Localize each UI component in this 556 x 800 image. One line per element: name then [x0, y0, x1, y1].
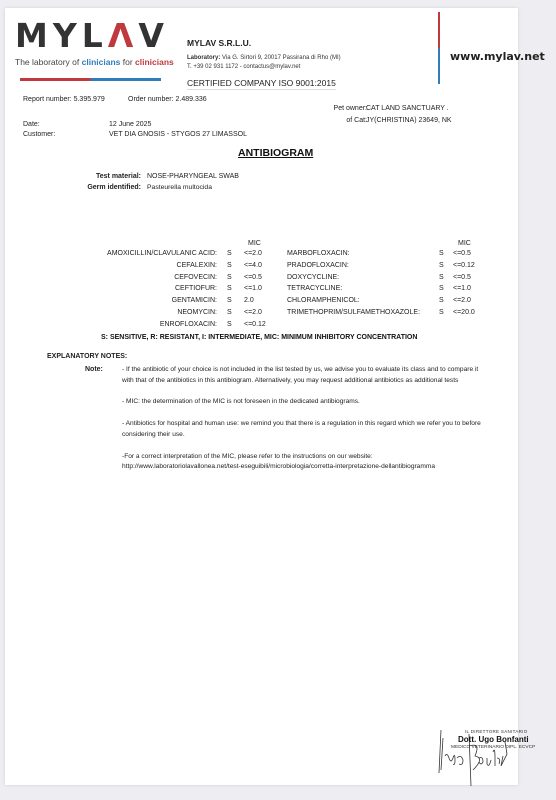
antibiotic-name: TRIMETHOPRIM/SULFAMETHOXAZOLE:: [287, 309, 420, 316]
mic-header-right: MIC: [458, 240, 471, 247]
mic-value: <=1.0: [244, 285, 262, 292]
susceptibility-result: S: [439, 285, 444, 292]
note-line-2: with that of the antibiotics in this ant…: [122, 377, 458, 384]
mic-value: <=1.0: [453, 285, 471, 292]
note-label: Note:: [85, 366, 103, 373]
company-contact: T. +39 02 931 1172 - contactus@mylav.net: [187, 64, 300, 70]
report-number: Report number: 5.395.979: [23, 96, 105, 103]
susceptibility-result: S: [227, 309, 232, 316]
susceptibility-result: S: [227, 297, 232, 304]
note-line-3: - MIC: the determination of the MIC is n…: [122, 398, 360, 405]
pet-owner-value: CAT LAND SANCTUARY .: [366, 105, 449, 112]
customer-label: Customer:: [23, 131, 55, 138]
order-number-label: Order number:: [128, 96, 174, 103]
pet-owner-label: Pet owner:: [305, 105, 367, 112]
website-link[interactable]: www.mylav.net: [450, 50, 545, 63]
order-number-value: 2.489.336: [175, 96, 206, 103]
note-line-6: -For a correct interpretation of the MIC…: [122, 453, 373, 460]
susceptibility-result: S: [227, 274, 232, 281]
company-address: Laboratory: Via G. Sirtori 9, 20017 Pass…: [187, 55, 341, 61]
susceptibility-result: S: [439, 309, 444, 316]
susceptibility-result: S: [439, 297, 444, 304]
note-line-1: - If the antibiotic of your choice is no…: [122, 366, 478, 373]
report-number-label: Report number:: [23, 96, 72, 103]
mic-value: <=0.5: [453, 274, 471, 281]
susceptibility-result: S: [227, 285, 232, 292]
address-label: Laboratory:: [187, 55, 220, 61]
tagline-clinicians-blue: clinicians: [82, 57, 121, 67]
antibiotic-name: CHLORAMPHENICOL:: [287, 297, 360, 304]
page-title: ANTIBIOGRAM: [238, 147, 313, 159]
test-material-value: NOSE-PHARYNGEAL SWAB: [147, 173, 239, 180]
antibiotic-name: TETRACYCLINE:: [287, 285, 342, 292]
mic-value: <=0.12: [244, 321, 266, 328]
signature-name: Dott. Ugo Bonfanti: [458, 735, 529, 744]
signature-title: IL DIRETTORE SANITARIO: [465, 729, 528, 734]
date-value: 12 June 2025: [109, 121, 151, 128]
date-label: Date:: [23, 121, 40, 128]
logo-color-bar: [20, 78, 161, 81]
website-instructions-link[interactable]: http://www.laboratoriolavallonea.net/tes…: [122, 463, 435, 470]
susceptibility-result: S: [227, 250, 232, 257]
antibiotic-name: GENTAMICIN:: [5, 297, 217, 304]
susceptibility-result: S: [439, 274, 444, 281]
mic-value: <=0.5: [244, 274, 262, 281]
mic-value: <=20.0: [453, 309, 475, 316]
test-material-label: Test material:: [65, 173, 141, 180]
order-number: Order number: 2.489.336: [128, 96, 207, 103]
signature-role: MEDICO VETERINARIO DIPL. ECVCP: [451, 745, 535, 750]
logo-text-myl: MYL: [15, 16, 108, 55]
report-page: MYLΛV ® The laboratory of clinicians for…: [5, 8, 518, 785]
antibiotic-name: PRADOFLOXACIN:: [287, 262, 349, 269]
mic-value: <=2.0: [244, 309, 262, 316]
susceptibility-result: S: [439, 262, 444, 269]
germ-identified-value: Pasteurella multocida: [147, 184, 212, 191]
susceptibility-result: S: [227, 262, 232, 269]
report-number-value: 5.395.979: [74, 96, 105, 103]
certification: CERTIFIED COMPANY ISO 9001:2015: [187, 78, 336, 90]
antibiotic-name: AMOXICILLIN/CLAVULANIC ACID:: [5, 250, 217, 257]
logo-tagline: The laboratory of clinicians for clinici…: [15, 57, 174, 67]
result-legend: S: SENSITIVE, R: RESISTANT, I: INTERMEDI…: [101, 334, 417, 341]
mylav-logo: MYLΛV: [15, 16, 169, 55]
susceptibility-result: S: [227, 321, 232, 328]
tagline-clinicians-red: clinicians: [135, 57, 174, 67]
germ-identified-label: Germ identified:: [45, 184, 141, 191]
antibiotic-name: ENROFLOXACIN:: [5, 321, 217, 328]
susceptibility-result: S: [439, 250, 444, 257]
mic-value: <=2.0: [453, 297, 471, 304]
note-line-5: considering their use.: [122, 431, 185, 438]
tagline-prefix: The laboratory of: [15, 57, 82, 67]
antibiotic-name: CEFOVECIN:: [5, 274, 217, 281]
notes-title: EXPLANATORY NOTES:: [47, 353, 127, 360]
mic-value: <=0.12: [453, 262, 475, 269]
antibiotic-name: CEFALEXIN:: [5, 262, 217, 269]
antibiotic-name: CEFTIOFUR:: [5, 285, 217, 292]
tagline-for: for: [120, 57, 135, 67]
antibiotic-name: DOXYCYCLINE:: [287, 274, 339, 281]
header-divider: [438, 12, 440, 84]
mic-value: 2.0: [244, 297, 254, 304]
company-name: MYLAV S.R.L.U.: [187, 38, 251, 48]
registered-mark: ®: [157, 24, 161, 30]
address-value: Via G. Sirtori 9, 20017 Passirana di Rho…: [220, 55, 340, 61]
mic-value: <=2.0: [244, 250, 262, 257]
customer-value: VET DIA GNOSIS - STYGOS 27 LIMASSOL: [109, 131, 247, 138]
logo-v-glyph: V: [138, 16, 169, 55]
mic-header-left: MIC: [248, 240, 261, 247]
note-line-4: - Antibiotics for hospital and human use…: [122, 420, 481, 427]
of-cat-value: JY(CHRISTINA) 23649, NK: [366, 117, 452, 124]
logo-a-glyph: Λ: [108, 16, 139, 55]
mic-value: <=4.0: [244, 262, 262, 269]
antibiotic-name: NEOMYCIN:: [5, 309, 217, 316]
antibiotic-name: MARBOFLOXACIN:: [287, 250, 350, 257]
of-cat-label: of Cat:: [305, 117, 367, 124]
mic-value: <=0.5: [453, 250, 471, 257]
